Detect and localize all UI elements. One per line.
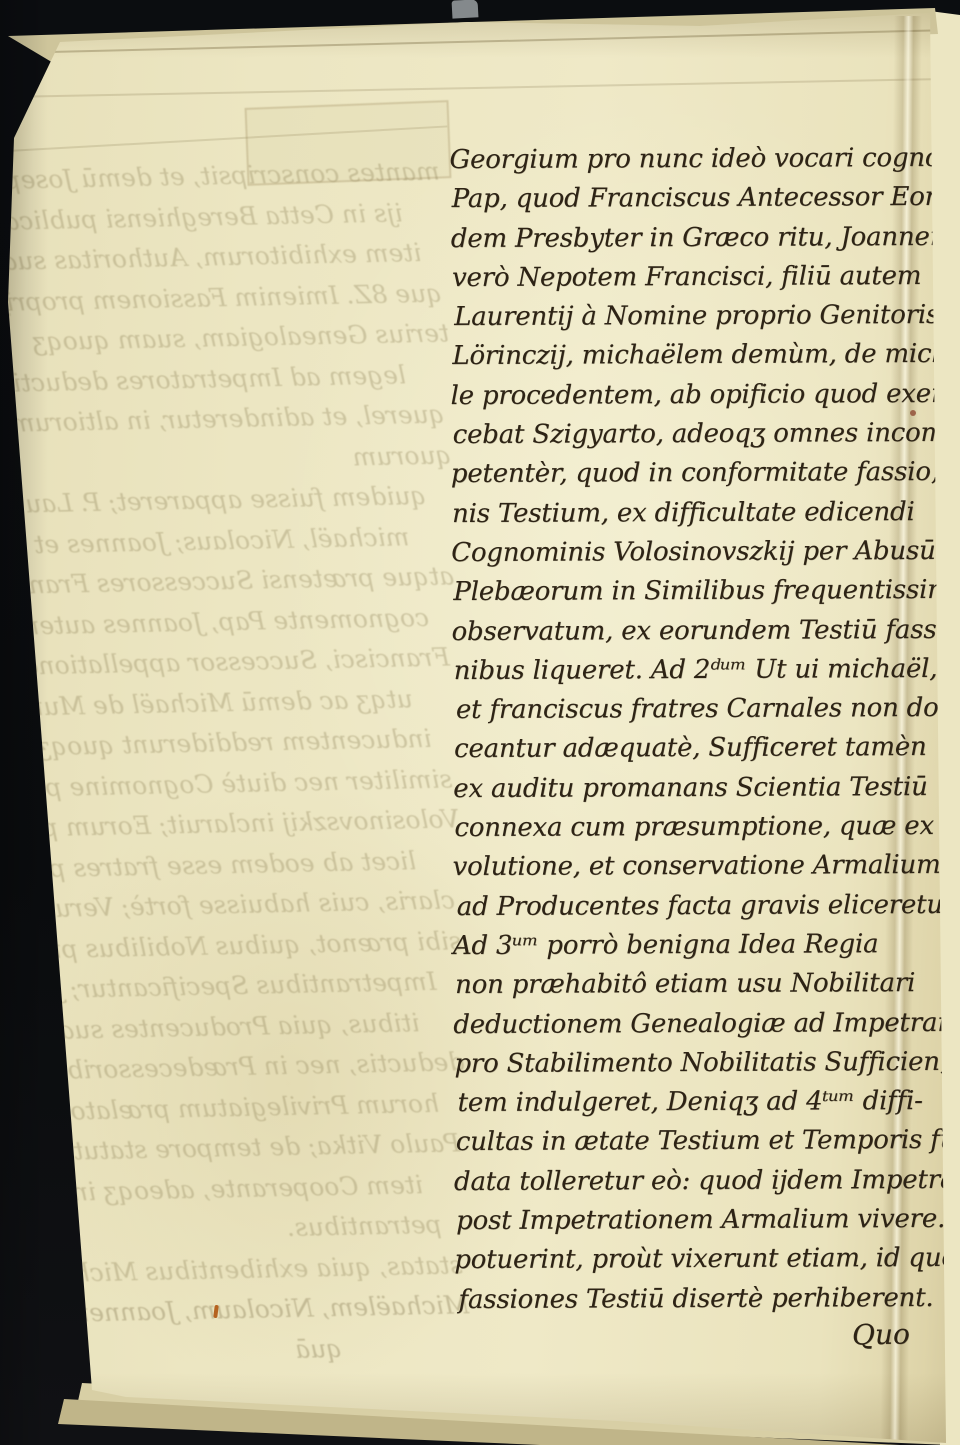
manuscript-line: ex auditu promanans Scientia Testiū [453,768,935,809]
manuscript-line: et franciscus fratres Carnales non do„ [456,689,938,730]
manuscript-line: connexa cum præsumptione, quæ ex de„ [454,807,936,848]
paper-tab [452,0,479,19]
manuscript-line: cultas in ætate Testium et Temporis fun- [456,1121,938,1162]
manuscript-line: ad Producentes facta gravis eliceretur, [457,886,939,927]
manuscript-line: fassiones Testiū disertè perhiberent. [458,1279,940,1320]
manuscript-photo: mantes conscripsit, et demū Joseph ijs i… [0,0,960,1445]
manuscript-line: le procedentem, ab opificio quod exer„ [450,375,932,416]
manuscript-line: observatum, ex eorundem Testiū fassiò„ [451,611,933,652]
manuscript-line: Plebæorum in Similibus frequentissimè [453,571,935,612]
manuscript-line: Cognominis Volosinovszkij per Abusū [451,532,933,573]
manuscript-line: dem Presbyter in Græco ritu, Joannem [451,218,933,259]
manuscript-line: non præhabitô etiam usu Nobilitari [455,964,937,1005]
catchword: Quo [852,1317,910,1351]
manuscript-line: tem indulgeret, Deniqʒ ad 4ᵗᵘᵐ diffi- [458,1082,940,1123]
manuscript-line: pro Stabilimento Nobilitatis Sufficien„ [454,1043,936,1084]
manuscript-line: Georgium pro nunc ideò vocari cognomentō [449,139,931,180]
manuscript-text-block: Georgium pro nunc ideò vocari cognomentō… [449,139,936,1320]
manuscript-line: nibus liqueret. Ad 2ᵈᵘᵐ Ut ui michaël, [454,650,936,691]
manuscript-line: deductionem Genealogiæ ad Impetrantem [453,1003,935,1044]
manuscript-line: nis Testium, ex difficultate edicendi [452,493,934,534]
ink-speck [910,410,916,416]
verso-showthrough: mantes conscripsit, et demū Joseph ijs i… [3,152,470,1376]
manuscript-line: ceantur adæquatè, Sufficeret tamèn [454,728,936,769]
manuscript-line: volutione, et conservatione Armalium [453,846,935,887]
manuscript-line: Lörinczij, michaëlem demùm, de michaë- [452,335,934,376]
manuscript-line: Pap, quod Franciscus Antecessor Eorun„ [452,178,934,219]
manuscript-line: cebat Szigyarto, adeoqʒ omnes incom„ [453,414,935,455]
manuscript-line: verò Nepotem Francisci, filiū autem [452,257,934,298]
manuscript-line: post Impetrationem Armalium vivere. [456,1200,938,1241]
manuscript-line: Ad 3ᵘᵐ porrò benigna Idea Regia [453,925,935,966]
top-fold-crease [6,78,936,98]
manuscript-line: data tolleretur eò: quod ijdem Impetrato… [454,1161,936,1202]
manuscript-line: petentèr, quod in conformitate fassio„ [451,453,933,494]
manuscript-line: potuerint, proùt vixerunt etiam, id quod [454,1239,936,1280]
manuscript-line: Laurentij à Nomine proprio Genitoris [454,296,936,337]
manuscript-page: mantes conscripsit, et demū Joseph ijs i… [0,0,960,1445]
